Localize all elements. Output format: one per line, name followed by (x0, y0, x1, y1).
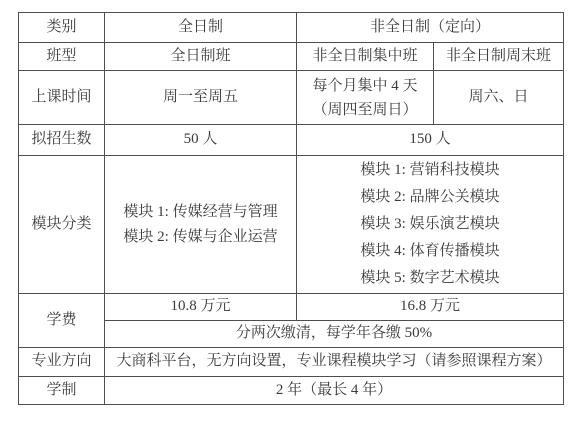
modules-parttime: 模块 1: 营销科技模块 模块 2: 品牌公关模块 模块 3: 娱乐演艺模块 模… (297, 156, 564, 294)
row-tuition-amounts: 学费 10.8 万元 16.8 万元 (19, 294, 564, 321)
enrollment-label: 拟招生数 (19, 125, 105, 156)
class-type-label: 班型 (19, 43, 105, 71)
schedule-fulltime: 周一至周五 (105, 71, 297, 125)
page-background: 类别 全日制 非全日制（定向） 班型 全日制班 非全日制集中班 非全日制周末班 … (0, 0, 580, 430)
category-label: 类别 (19, 13, 105, 43)
major-value: 大商科平台，无方向设置，专业课程模块学习（请参照课程方案） (105, 348, 564, 377)
modules-parttime-item: 模块 1: 营销科技模块 (360, 157, 499, 184)
modules-parttime-item: 模块 5: 数字艺术模块 (360, 265, 499, 292)
modules-parttime-item: 模块 4: 体育传播模块 (360, 238, 499, 265)
row-major: 专业方向 大商科平台，无方向设置，专业课程模块学习（请参照课程方案） (19, 348, 564, 377)
row-category: 类别 全日制 非全日制（定向） (19, 13, 564, 43)
tuition-parttime: 16.8 万元 (297, 294, 564, 321)
schedule-intensive-line1: 每个月集中 4 天 (299, 74, 431, 98)
tuition-payment-note: 分两次缴清，每学年各缴 50% (105, 321, 564, 348)
category-fulltime: 全日制 (105, 13, 297, 43)
schedule-parttime-weekend: 周六、日 (434, 71, 564, 125)
program-comparison-table: 类别 全日制 非全日制（定向） 班型 全日制班 非全日制集中班 非全日制周末班 … (18, 12, 564, 405)
modules-parttime-item: 模块 2: 品牌公关模块 (360, 184, 499, 211)
modules-parttime-item: 模块 3: 娱乐演艺模块 (360, 211, 499, 238)
schedule-label: 上课时间 (19, 71, 105, 125)
category-parttime: 非全日制（定向） (297, 13, 564, 43)
duration-value: 2 年（最长 4 年） (105, 377, 564, 405)
tuition-fulltime: 10.8 万元 (105, 294, 297, 321)
row-modules: 模块分类 模块 1: 传媒经营与管理 模块 2: 传媒与企业运营 模块 1: 营… (19, 156, 564, 294)
class-type-parttime-weekend: 非全日制周末班 (434, 43, 564, 71)
enrollment-fulltime: 50 人 (105, 125, 297, 156)
tuition-label: 学费 (19, 294, 105, 348)
class-type-fulltime: 全日制班 (105, 43, 297, 71)
major-label: 专业方向 (19, 348, 105, 377)
enrollment-parttime: 150 人 (297, 125, 564, 156)
schedule-intensive-line2: （周四至周日） (299, 98, 431, 122)
class-type-parttime-intensive: 非全日制集中班 (297, 43, 434, 71)
duration-label: 学制 (19, 377, 105, 405)
modules-fulltime-list: 模块 1: 传媒经营与管理 模块 2: 传媒与企业运营 (123, 200, 277, 250)
modules-fulltime: 模块 1: 传媒经营与管理 模块 2: 传媒与企业运营 (105, 156, 297, 294)
modules-parttime-list: 模块 1: 营销科技模块 模块 2: 品牌公关模块 模块 3: 娱乐演艺模块 模… (360, 157, 499, 292)
row-schedule: 上课时间 周一至周五 每个月集中 4 天 （周四至周日） 周六、日 (19, 71, 564, 125)
modules-label: 模块分类 (19, 156, 105, 294)
modules-fulltime-item: 模块 2: 传媒与企业运营 (123, 225, 277, 250)
schedule-parttime-intensive: 每个月集中 4 天 （周四至周日） (297, 71, 434, 125)
row-enrollment: 拟招生数 50 人 150 人 (19, 125, 564, 156)
row-duration: 学制 2 年（最长 4 年） (19, 377, 564, 405)
row-class-type: 班型 全日制班 非全日制集中班 非全日制周末班 (19, 43, 564, 71)
modules-fulltime-item: 模块 1: 传媒经营与管理 (123, 200, 277, 225)
